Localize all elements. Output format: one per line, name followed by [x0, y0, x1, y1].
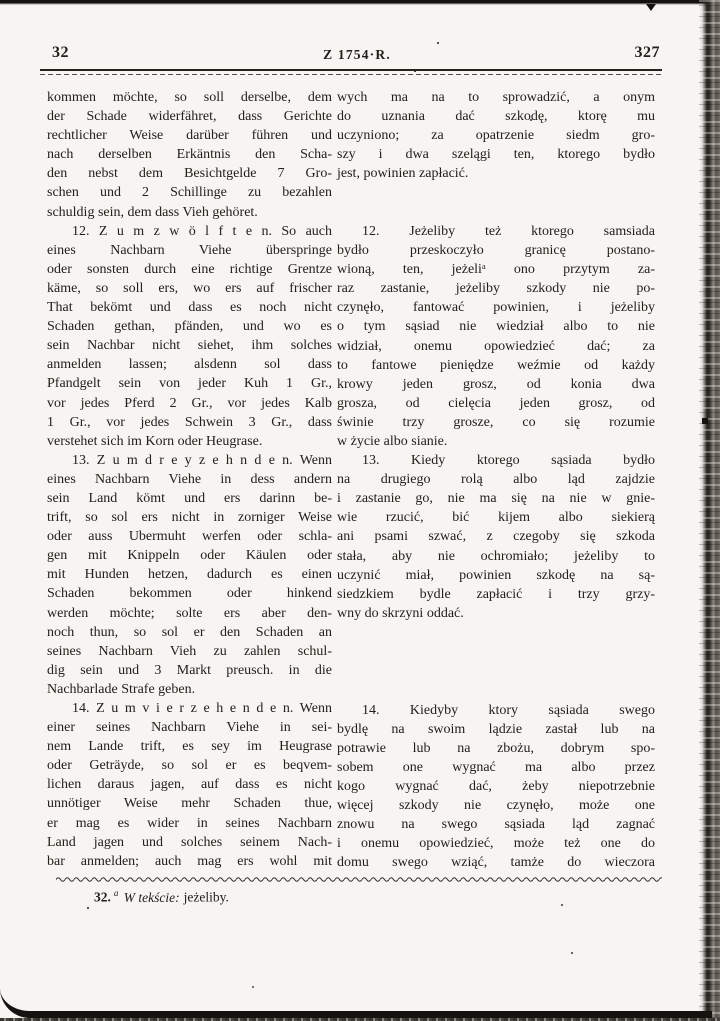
text-line: więcej szkody nie czynęło, może one	[337, 796, 655, 815]
scan-specks	[0, 0, 2, 2]
right-column-polish-text: wych ma na to sprowadzić, a onymdo uznan…	[337, 88, 655, 873]
text-line: trift, so sol ers nicht in zorniger Weis…	[47, 508, 332, 527]
text-line: do uznania dać szkodę, ktorę mu	[337, 107, 655, 126]
text-line: ani psami szwać, z czegoby się szkoda	[337, 527, 655, 546]
text-line: einer seines Nachbarn Viehe in sei-	[47, 718, 332, 737]
text-line: Schaden gethan, pfänden, und wo es	[47, 317, 332, 336]
text-line: w życie albo sianie.	[337, 432, 655, 451]
paragraph-pl-12: 12. Jeżeliby też ktorego samsiadabydło p…	[337, 222, 655, 451]
text-line: lichen daraus jagen, auf dass es nicht	[47, 775, 332, 794]
text-line: stała, aby nie ochromiało; jeżeliby to	[337, 547, 655, 566]
text-line: raz zastanie, jeżeliby szkody nie po-	[337, 279, 655, 298]
text-line: 14. Kiedyby ktory sąsiada swego	[337, 701, 655, 720]
text-line: eines Nachbarn Viehe überspringe	[47, 241, 332, 260]
paragraph-pl-13: 13. Kiedy ktorego sąsiada bydłona drugie…	[337, 451, 655, 623]
text-line: rechtlicher Weise darüber führen und	[47, 126, 332, 145]
text-line: domu swego wziąć, tamże do wieczora	[337, 853, 655, 872]
text-line: znowu na swego sąsiada ląd zagnać	[337, 815, 655, 834]
text-line: anmelden lassen; alsdenn sol dass	[47, 355, 332, 374]
footnote-text: jeżeliby.	[184, 890, 229, 905]
text-line: i onemu opowiedzieć, może też one do	[337, 834, 655, 853]
header-rule-dotted	[40, 74, 662, 75]
text-line: sein Land kömt und ers darinn be-	[47, 489, 332, 508]
paragraph-de-cont: kommen möchte, so soll derselbe, demder …	[47, 88, 332, 222]
text-line: er mag es wider in seines Nachbarn	[47, 814, 332, 833]
text-line: oder auss Ubermuht werfen oder schla-	[47, 527, 332, 546]
text-line: kommen möchte, so soll derselbe, dem	[47, 88, 332, 107]
paragraph-de-13: 13. Z u m d r e y z e h n d e n. Wennein…	[47, 451, 332, 699]
text-line: szy i dwa szelągi ten, ktorego bydło	[337, 145, 655, 164]
text-line: oder Geträyde, so sol er es beqvem-	[47, 756, 332, 775]
text-line: noch thun, so sol er den Schaden an	[47, 623, 332, 642]
text-line: grosza, od cielęcia jeden grosz, od	[337, 394, 655, 413]
text-line: kogo wygnać dać, żeby niepotrzebnie	[337, 777, 655, 796]
text-line: uczyniono; za opatrzenie siedm gro-	[337, 126, 655, 145]
text-line: vor jedes Pferd 2 Gr., vor jedes Kalb	[47, 394, 332, 413]
text-line: uczynić miał, powinien szkodę na są-	[337, 566, 655, 585]
text-line: seines Nachbarn Vieh zu zahlen schul-	[47, 642, 332, 661]
footnote-source-label: W tekście:	[124, 890, 184, 905]
text-line: widział, onemu opowiedzieć dać; za	[337, 337, 655, 356]
paragraph-pl-cont: wych ma na to sprowadzić, a onymdo uznan…	[337, 88, 655, 183]
text-line: gen mit Knippeln oder Käulen oder	[47, 546, 332, 565]
text-line: czynęło, fantować powinien, i jeżeliby	[337, 298, 655, 317]
footnote-number: 32.	[94, 890, 111, 905]
footnote-marker: a	[111, 888, 121, 898]
text-line: wioną, ten, jeżeliᵃ ono przytym za-	[337, 260, 655, 279]
text-line: to fantowe pieniędze weźmie od każdy	[337, 356, 655, 375]
text-line: schen und 2 Schillinge zu bezahlen	[47, 183, 332, 202]
text-line: Schaden bekommen oder hinkend	[47, 584, 332, 603]
text-line: That bekömt und dass es noch nicht	[47, 298, 332, 317]
right-page-number: 327	[635, 44, 661, 62]
header-rule-solid	[40, 69, 662, 71]
text-line: verstehet sich im Korn oder Heugrase.	[47, 432, 332, 451]
text-line: Nachbarlade Strafe geben.	[47, 680, 332, 699]
running-title: Z 1754·R.	[0, 47, 714, 63]
text-line: mit Hunden hetzen, dadurch es einen	[47, 565, 332, 584]
text-line: oder sonsten durch eine richtige Grentze	[47, 260, 332, 279]
text-line: wych ma na to sprowadzić, a onym	[337, 88, 655, 107]
left-column-german-text: kommen möchte, so soll derselbe, demder …	[47, 88, 332, 871]
text-line: eines Nachbarn Viehe in dess andern	[47, 470, 332, 489]
text-line: käme, so soll ers, wo ers auf frischer	[47, 279, 332, 298]
text-line: dig sein und 3 Markt preusch. in die	[47, 661, 332, 680]
text-line: unnötiger Weise mehr Schaden thue,	[47, 794, 332, 813]
text-line: nach derselben Erkäntnis den Scha-	[47, 145, 332, 164]
text-line: der Schade widerfähret, dass Gerichte	[47, 107, 332, 126]
text-line: sobem one wygnać ma albo przez	[337, 758, 655, 777]
text-line: nem Lande trift, es sey im Heugrase	[47, 737, 332, 756]
text-line: siedzkiem bydle zapłacić i trzy grzy-	[337, 585, 655, 604]
paragraph-pl-14: 14. Kiedyby ktory sąsiada swegobydlę na …	[337, 701, 655, 873]
text-line: świnie trzy grosze, co się rozumie	[337, 413, 655, 432]
text-line: bydło przeskoczyło granicę postano-	[337, 241, 655, 260]
text-line: bydlę na swoim lądzie zastał lub na	[337, 720, 655, 739]
text-line: 1 Gr., vor jedes Schwein 3 Gr., dass	[47, 413, 332, 432]
footnote-divider-wavy-line	[56, 875, 662, 882]
text-line: 12. Jeżeliby też ktorego samsiada	[337, 222, 655, 241]
text-line: Pfandgelt sein von jeder Kuh 1 Gr.,	[47, 374, 332, 393]
paragraph-de-14: 14. Z u m v i e r z e h e n d e n. Wenne…	[47, 699, 332, 871]
text-line: den nebst dem Besichtgelde 7 Gro-	[47, 164, 332, 183]
footnote: 32.a W tekście:jeżeliby.	[94, 888, 229, 906]
paragraph-de-12: 12. Z u m z w ö l f t e n. So aucheines …	[47, 222, 332, 451]
text-line: sein Nachbar nicht siehet, ihm solches	[47, 336, 332, 355]
text-line: jest, powinien zapłacić.	[337, 164, 655, 183]
text-line: 14. Z u m v i e r z e h e n d e n. Wenn	[47, 699, 332, 718]
scan-bottom-edge	[0, 977, 712, 1018]
scan-artifact-triangle	[646, 4, 656, 11]
text-line: 13. Z u m d r e y z e h n d e n. Wenn	[47, 451, 332, 470]
text-line: na drugiego rolą albo ląd zajdzie	[337, 470, 655, 489]
text-line: Land jagen und solches seinem Nach-	[47, 833, 332, 852]
text-line: wny do skrzyni oddać.	[337, 604, 655, 623]
text-line: o tym sąsiad nie wiedział albo to nie	[337, 317, 655, 336]
text-line: 13. Kiedy ktorego sąsiada bydło	[337, 451, 655, 470]
text-line: 12. Z u m z w ö l f t e n. So auch	[47, 222, 332, 241]
text-line: schuldig sein, dem dass Vieh gehöret.	[47, 203, 332, 222]
text-line: potrawie lub na zbożu, dobrym spo-	[337, 739, 655, 758]
scan-top-edge	[0, 0, 720, 5]
text-line: bar anmelden; auch mag ers wohl mit	[47, 852, 332, 871]
scanned-book-page: 32 Z 1754·R. 327 kommen möchte, so soll …	[0, 0, 720, 1021]
text-line: krowy jeden grosz, od konia dwa	[337, 375, 655, 394]
text-line: werden möchte; solte ers aber den-	[47, 604, 332, 623]
scan-binding-shadow	[699, 0, 720, 1021]
text-line: i zastanie go, nie ma się na nie w gnie-	[337, 489, 655, 508]
text-line: wie rzucić, bić kijem albo siekierą	[337, 508, 655, 527]
